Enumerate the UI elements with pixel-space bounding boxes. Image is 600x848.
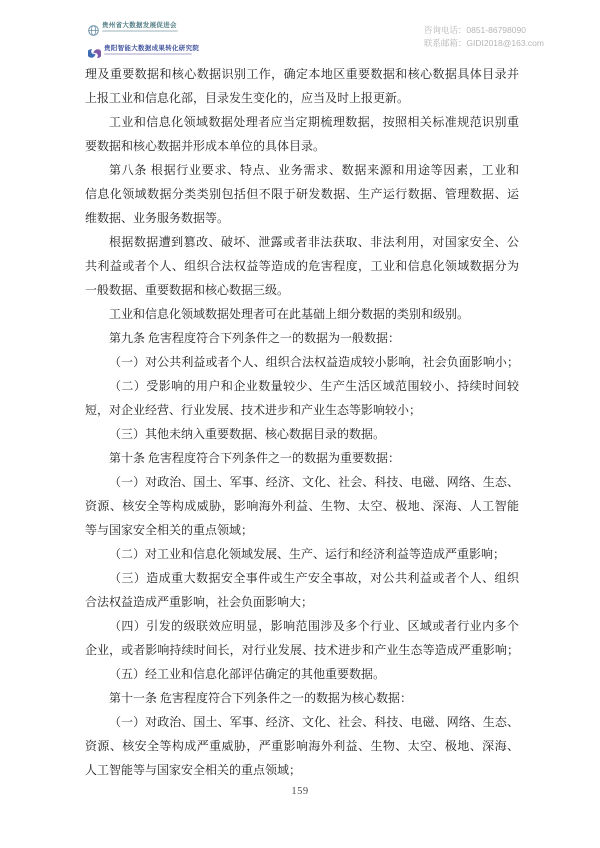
text-line: 理及重要数据和核心数据识别工作，确定本地区重要数据和核心数据具体目录并: [85, 62, 519, 86]
text-line: 共利益或者个人、组织合法权益等造成的危害程度，工业和信息化领域数据分为: [85, 254, 519, 278]
page-header: 贵州省大数据发展促进会 贵阳智能大数据成果转化研究院 咨询电话：0851-8: [88, 22, 544, 60]
document-text: 理及重要数据和核心数据识别工作，确定本地区重要数据和核心数据具体目录并 上报工业…: [85, 62, 519, 782]
logo-block: 贵州省大数据发展促进会 贵阳智能大数据成果转化研究院: [88, 22, 199, 64]
text-line: （二）对工业和信息化领域发展、生产、运行和经济利益等造成严重影响；: [85, 542, 519, 566]
text-line: （一）对政治、国土、军事、经济、文化、社会、科技、电磁、网络、生态、: [85, 470, 519, 494]
text-line: 信息化领域数据分类类别包括但不限于研发数据、生产运行数据、管理数据、运: [85, 182, 519, 206]
text-line: 短，对企业经营、行业发展、技术进步和产业生态等影响较小；: [85, 398, 519, 422]
text-line: （三）造成重大数据安全事件或生产安全事故，对公共利益或者个人、组织: [85, 566, 519, 590]
text-line: 第十条 危害程度符合下列条件之一的数据为重要数据：: [85, 446, 519, 470]
text-line: 工业和信息化领域数据处理者应当定期梳理数据，按照相关标准规范识别重: [85, 110, 519, 134]
contact-phone: 咨询电话：0851-86798090: [424, 24, 544, 37]
org2-name: 贵阳智能大数据成果转化研究院: [104, 45, 199, 52]
contact-info: 咨询电话：0851-86798090 联系邮箱：GIDI2018@163.com: [424, 24, 544, 49]
org1-name: 贵州省大数据发展促进会: [102, 22, 178, 29]
text-line: 等与国家安全相关的重点领域；: [85, 518, 519, 542]
org1-subtitle-line: [102, 30, 178, 32]
text-line: 一般数据、重要数据和核心数据三级。: [85, 278, 519, 302]
text-line: （二）受影响的用户和企业数量较少、生产生活区域范围较小、持续时间较: [85, 374, 519, 398]
page-footer: 159: [0, 786, 600, 797]
text-line: 资源、核安全等构成威胁，影响海外利益、生物、太空、极地、深海、人工智能: [85, 494, 519, 518]
text-line: 第九条 危害程度符合下列条件之一的数据为一般数据：: [85, 326, 519, 350]
text-line: 第十一条 危害程度符合下列条件之一的数据为核心数据：: [85, 686, 519, 710]
text-line: 维数据、业务服务数据等。: [85, 206, 519, 230]
text-line: （一）对政治、国土、军事、经济、文化、社会、科技、电磁、网络、生态、: [85, 710, 519, 734]
text-line: 企业，或者影响持续时间长，对行业发展、技术进步和产业生态等造成严重影响；: [85, 638, 519, 662]
org1-logo: 贵州省大数据发展促进会: [88, 22, 199, 41]
document-page: 贵州省大数据发展促进会 贵阳智能大数据成果转化研究院 咨询电话：0851-8: [0, 0, 600, 848]
text-line: （一）对公共利益或者个人、组织合法权益造成较小影响，社会负面影响小；: [85, 350, 519, 374]
text-line: 上报工业和信息化部，目录发生变化的，应当及时上报更新。: [85, 86, 519, 110]
text-line: （三）其他未纳入重要数据、核心数据目录的数据。: [85, 422, 519, 446]
text-line: 根据数据遭到篡改、破坏、泄露或者非法获取、非法利用，对国家安全、公: [85, 230, 519, 254]
text-line: 工业和信息化领域数据处理者可在此基础上细分数据的类别和级别。: [85, 302, 519, 326]
text-line: 人工智能等与国家安全相关的重点领域；: [85, 758, 519, 782]
text-line: 资源、核安全等构成严重威胁，严重影响海外利益、生物、太空、极地、深海、: [85, 734, 519, 758]
globe-icon: [88, 23, 99, 41]
org2-subtitle-line: [104, 53, 192, 55]
contact-email: 联系邮箱：GIDI2018@163.com: [424, 37, 544, 50]
text-line: 要数据和核心数据并形成本单位的具体目录。: [85, 134, 519, 158]
text-line: （四）引发的级联效应明显，影响范围涉及多个行业、区域或者行业内多个: [85, 614, 519, 638]
text-line: 第八条 根据行业要求、特点、业务需求、数据来源和用途等因素，工业和: [85, 158, 519, 182]
page-number: 159: [291, 786, 308, 797]
text-line: 合法权益造成严重影响，社会负面影响大；: [85, 590, 519, 614]
text-line: （五）经工业和信息化部评估确定的其他重要数据。: [85, 662, 519, 686]
